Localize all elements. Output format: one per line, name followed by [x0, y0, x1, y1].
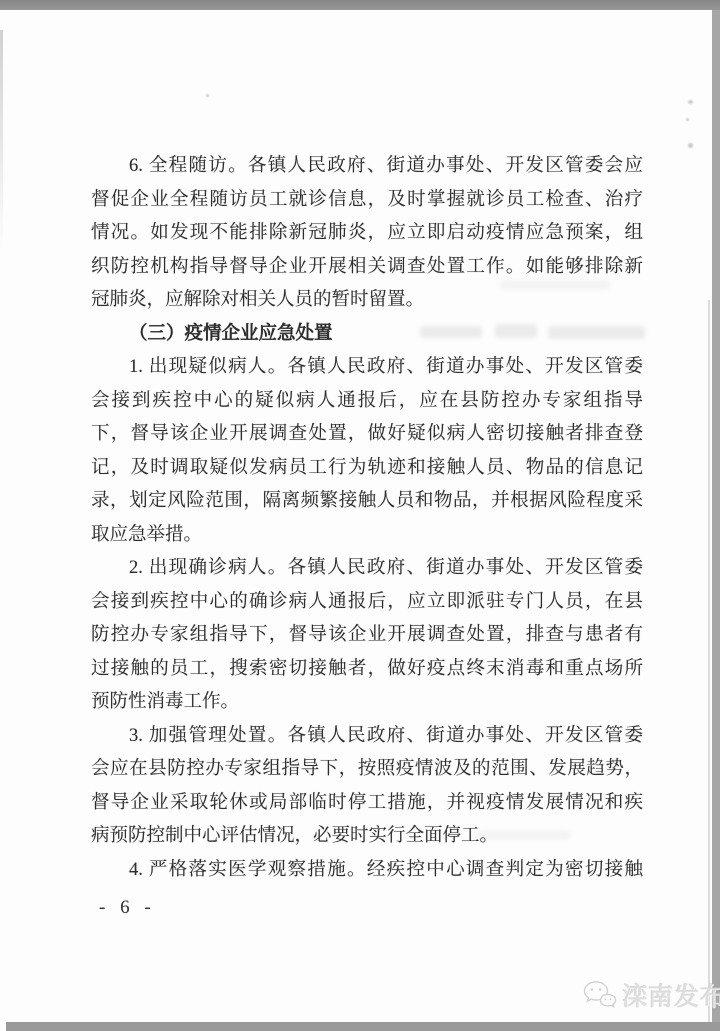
scan-speck — [206, 94, 209, 97]
doc-line: 取应急举措。 — [91, 519, 643, 553]
doc-line: 情况。如发现不能排除新冠肺炎，应立即启动疫情应急预案，组 — [91, 217, 643, 251]
doc-line: 病预防控制中心评估情况，必要时实行全面停工。 — [91, 820, 643, 854]
scan-edge-left-streak — [0, 30, 3, 250]
watermark: 滦南发布 — [583, 977, 720, 1013]
document-body: 6. 全程随访。各镇人民政府、街道办事处、开发区管委会应 督促企业全程随访员工就… — [91, 150, 643, 887]
watermark-label: 滦南发布 — [622, 977, 720, 1013]
scan-speck — [688, 100, 693, 104]
scan-speck — [686, 118, 689, 121]
wechat-icon — [583, 980, 617, 1010]
doc-line: 督促企业全程随访员工就诊信息，及时掌握就诊员工检查、治疗 — [91, 184, 643, 218]
doc-line: 1. 出现疑似病人。各镇人民政府、街道办事处、开发区管委 — [91, 351, 643, 385]
doc-line: 2. 出现确诊病人。各镇人民政府、街道办事处、开发区管委 — [91, 552, 643, 586]
doc-line: 会接到疾控中心的确诊病人通报后，应立即派驻专门人员，在县 — [91, 586, 643, 620]
page-edge-shadow-line — [708, 300, 710, 1023]
page-number: - 6 - — [99, 897, 156, 919]
doc-line: 督导企业采取轮休或局部临时停工措施，并视疫情发展情况和疾 — [91, 787, 643, 821]
doc-line: 会接到疾控中心的疑似病人通报后，应在县防控办专家组指导 — [91, 385, 643, 419]
doc-line: 记，及时调取疑似发病员工行为轨迹和接触人员、物品的信息记 — [91, 452, 643, 486]
doc-line: 6. 全程随访。各镇人民政府、街道办事处、开发区管委会应 — [91, 150, 643, 184]
doc-line: 预防性消毒工作。 — [91, 686, 643, 720]
scan-speck — [688, 143, 693, 148]
doc-line: 会应在县防控办专家组指导下，按照疫情波及的范围、发展趋势， — [91, 753, 643, 787]
doc-line: 录，划定风险范围，隔离频繁接触人员和物品，并根据风险程度采 — [91, 485, 643, 519]
doc-line: 防控办专家组指导下，督导该企业开展调查处置，排查与患者有 — [91, 619, 643, 653]
scan-edge-top — [0, 0, 720, 10]
doc-line: 4. 严格落实医学观察措施。经疾控中心调查判定为密切接触 — [91, 854, 643, 888]
section-heading: （三）疫情企业应急处置 — [91, 318, 643, 352]
scan-edge-bottom — [6, 1022, 720, 1031]
doc-line: 3. 加强管理处置。各镇人民政府、街道办事处、开发区管委 — [91, 720, 643, 754]
doc-line: 织防控机构指导督导企业开展相关调查处置工作。如能够排除新 — [91, 251, 643, 285]
scan-edge-right — [712, 10, 720, 1023]
doc-line: 过接触的员工，搜索密切接触者，做好疫点终末消毒和重点场所 — [91, 653, 643, 687]
doc-line: 冠肺炎，应解除对相关人员的暂时留置。 — [91, 284, 643, 318]
doc-line: 下，督导该企业开展调查处置，做好疑似病人密切接触者排查登 — [91, 418, 643, 452]
